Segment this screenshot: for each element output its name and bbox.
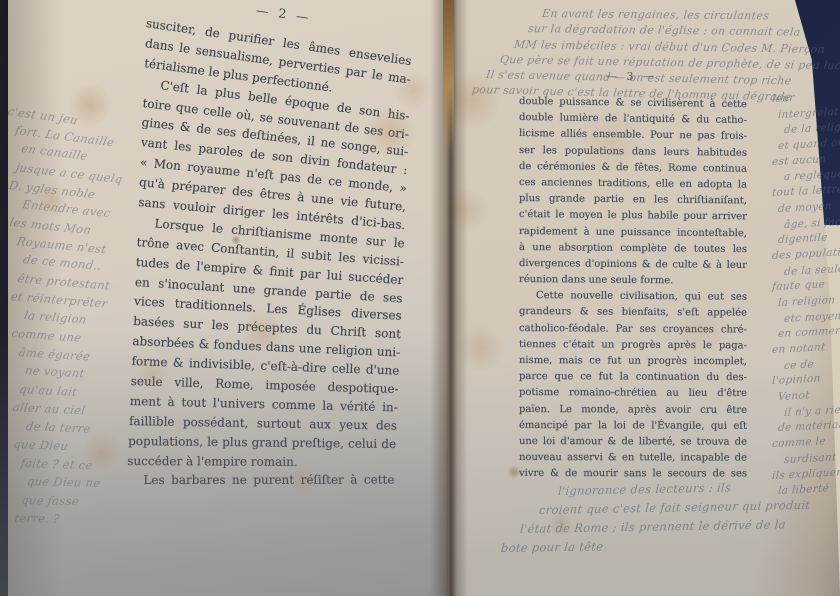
printed-line: parce que ce fut la continuation du des-	[519, 369, 747, 386]
bottom-right-handwriting: l'ignorance des lecteurs : ilscroient qu…	[500, 482, 840, 558]
handwritten-line: terre. ?	[13, 509, 155, 530]
printed-line: tiennes c'était un progrès après le paga…	[519, 337, 747, 355]
printed-line: nouveau asservi & en tutelle, incapable …	[519, 450, 747, 467]
printed-line: potisme romaino-chrétien au lieu d'être	[519, 385, 747, 402]
printed-line: Les barbares ne purent réſiſter à cette	[126, 471, 394, 491]
right-page-printed-text: double puissance & se civilisèrent à cet…	[519, 94, 747, 483]
printed-line: païen. Le monde, après avoir cru être	[519, 402, 747, 419]
printed-line: c'était le moyen le plus habile pour arr…	[519, 207, 747, 226]
printed-line: grandeurs & ses bienfaits, s'eſt appelée	[519, 304, 747, 322]
top-right-handwriting: En avant les rengaines, les circulantess…	[462, 6, 840, 98]
printed-line: une loi d'amour & de liberté, se trouva …	[519, 434, 747, 451]
handwritten-line: bote pour la tête	[500, 534, 840, 558]
printed-line: populations, le plus grand preſtige, cel…	[128, 432, 396, 455]
printed-line: catholico-féodale. Par ses croyances chr…	[519, 321, 747, 339]
printed-line: rapidement à une puissance inconteſtable…	[519, 224, 747, 242]
printed-line: à une absorption complète de toutes les	[519, 240, 747, 258]
printed-line: nisme, mais ce fut un progrès incomplet,	[519, 353, 747, 370]
right-margin-handwriting: leurintergrelatde la religionet quand on…	[772, 92, 840, 500]
left-page-printed-text: susciter, de purifier les âmes ensevelie…	[146, 14, 414, 491]
printed-line: succéder à l'empire romain.	[127, 452, 395, 473]
left-margin-handwriting: c'est un jeufort. La Canailleen canaille…	[4, 102, 144, 528]
printed-line: émancipé par la loi de l'Évangile, qui e…	[519, 418, 747, 435]
open-book-photo: — 2 — susciter, de purifier les âmes ens…	[0, 0, 840, 596]
